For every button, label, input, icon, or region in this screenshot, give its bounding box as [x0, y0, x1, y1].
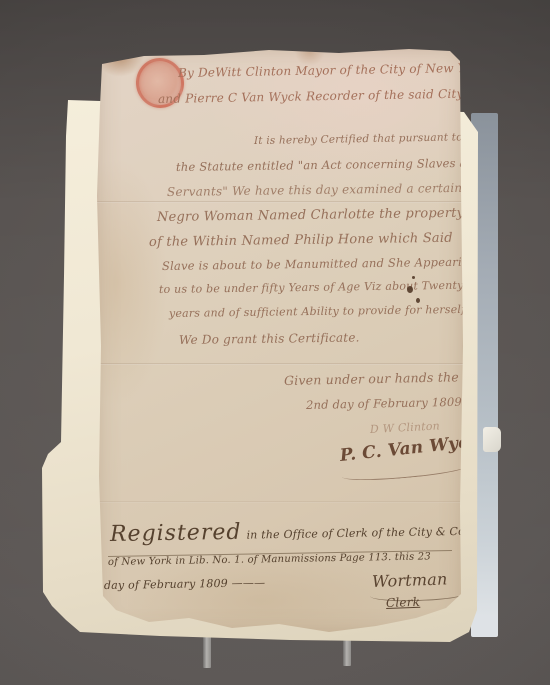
ink-blot: [416, 298, 420, 303]
manuscript-line: It is hereby Certified that pursuant to: [254, 131, 463, 147]
manuscript-line: Servants" We have this day examined a ce…: [167, 181, 462, 199]
manuscript-line: years and of sufficient Ability to provi…: [169, 303, 469, 320]
registration-heading: Registered in the Office of Clerk of the…: [110, 515, 491, 547]
clerk-title: Clerk: [386, 595, 421, 610]
manuscript-document: By DeWitt Clinton Mayor of the City of N…: [94, 46, 466, 636]
recorder-signature: P. C. Van Wyck: [339, 431, 482, 466]
manuscript-line: to us to be under fifty Years of Age Viz…: [159, 279, 464, 296]
manuscript-line: Negro Woman Named Charlotte the property: [157, 206, 464, 225]
manuscript-line: of the Within Named Philip Hone which Sa…: [149, 231, 453, 250]
clerk-signature: Wortman: [372, 569, 448, 591]
registration-lead-word: Registered: [110, 520, 242, 547]
signature-flourish: [342, 465, 468, 484]
closing-line: Given under our hands the: [284, 369, 459, 388]
registration-line: day of February 1809 ———: [104, 576, 265, 592]
stand-clip: [483, 427, 501, 452]
fold-crease: [94, 363, 466, 365]
ink-blot: [412, 276, 415, 279]
manuscript-line: By DeWitt Clinton Mayor of the City of N…: [178, 61, 486, 80]
manuscript-line: Slave is about to be Manumitted and She …: [162, 255, 477, 273]
manuscript-line: We Do grant this Certificate.: [179, 330, 360, 347]
ink-blot: [407, 286, 413, 293]
photo-scene: By DeWitt Clinton Mayor of the City of N…: [0, 0, 550, 685]
registration-line: of New York in Lib. No. 1. of Manumissio…: [108, 551, 431, 568]
closing-line: 2nd day of February 1809—: [306, 394, 474, 412]
fold-crease: [94, 501, 466, 503]
manuscript-line: and Pierre C Van Wyck Recorder of the sa…: [158, 86, 476, 106]
registration-line-rest: in the Office of Clerk of the City & Cou…: [246, 524, 490, 541]
manuscript-line: the Statute entitled "an Act concerning …: [176, 156, 482, 174]
mayor-signature: D W Clinton: [370, 419, 441, 436]
fold-crease: [94, 201, 466, 203]
